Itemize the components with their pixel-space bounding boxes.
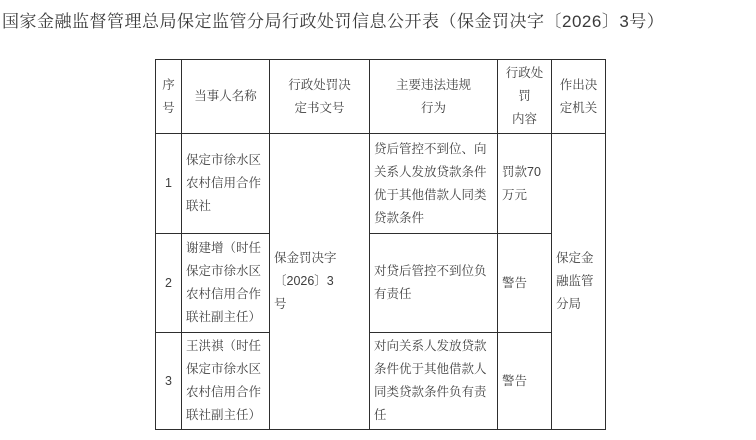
cell-party-3: 王洪祺（时任 保定市徐水区 农村信用合作 联社副主任） xyxy=(182,333,270,430)
cell-party-2: 谢建增（时任 保定市徐水区 农村信用合作 联社副主任） xyxy=(182,234,270,333)
cell-violation-1: 贷后管控不到位、向 关系人发放贷款条件 优于其他借款人同类 贷款条件 xyxy=(370,134,498,234)
cell-authority: 保定金 融监管 分局 xyxy=(552,134,606,430)
cell-penalty-2: 警告 xyxy=(498,234,552,333)
table-row: 1 保定市徐水区 农村信用合作 联社 保金罚决字 〔2026〕3 号 贷后管控不… xyxy=(156,134,606,234)
column-header-penalty: 行政处 罚 内容 xyxy=(498,60,552,134)
penalty-table: 序 号 当事人名称 行政处罚决 定书文号 主要违法违规 行为 行政处 罚 内容 … xyxy=(155,59,606,430)
page: 国家金融监督管理总局保定监管分局行政处罚信息公开表（保金罚决字〔2026〕3号）… xyxy=(0,0,756,440)
table-row: 2 谢建增（时任 保定市徐水区 农村信用合作 联社副主任） 对贷后管控不到位负 … xyxy=(156,234,606,333)
cell-index-1: 1 xyxy=(156,134,182,234)
cell-penalty-3: 警告 xyxy=(498,333,552,430)
cell-violation-3: 对向关系人发放贷款 条件优于其他借款人 同类贷款条件负有责 任 xyxy=(370,333,498,430)
column-header-doc-no: 行政处罚决 定书文号 xyxy=(270,60,370,134)
cell-violation-2: 对贷后管控不到位负 有责任 xyxy=(370,234,498,333)
page-title: 国家金融监督管理总局保定监管分局行政处罚信息公开表（保金罚决字〔2026〕3号） xyxy=(2,7,664,32)
cell-doc-no: 保金罚决字 〔2026〕3 号 xyxy=(270,134,370,430)
column-header-index: 序 号 xyxy=(156,60,182,134)
column-header-violation: 主要违法违规 行为 xyxy=(370,60,498,134)
table-row: 3 王洪祺（时任 保定市徐水区 农村信用合作 联社副主任） 对向关系人发放贷款 … xyxy=(156,333,606,430)
table-header-row: 序 号 当事人名称 行政处罚决 定书文号 主要违法违规 行为 行政处 罚 内容 … xyxy=(156,60,606,134)
cell-index-2: 2 xyxy=(156,234,182,333)
cell-penalty-1: 罚款70 万元 xyxy=(498,134,552,234)
column-header-party: 当事人名称 xyxy=(182,60,270,134)
cell-index-3: 3 xyxy=(156,333,182,430)
cell-party-1: 保定市徐水区 农村信用合作 联社 xyxy=(182,134,270,234)
column-header-authority: 作出决 定机关 xyxy=(552,60,606,134)
